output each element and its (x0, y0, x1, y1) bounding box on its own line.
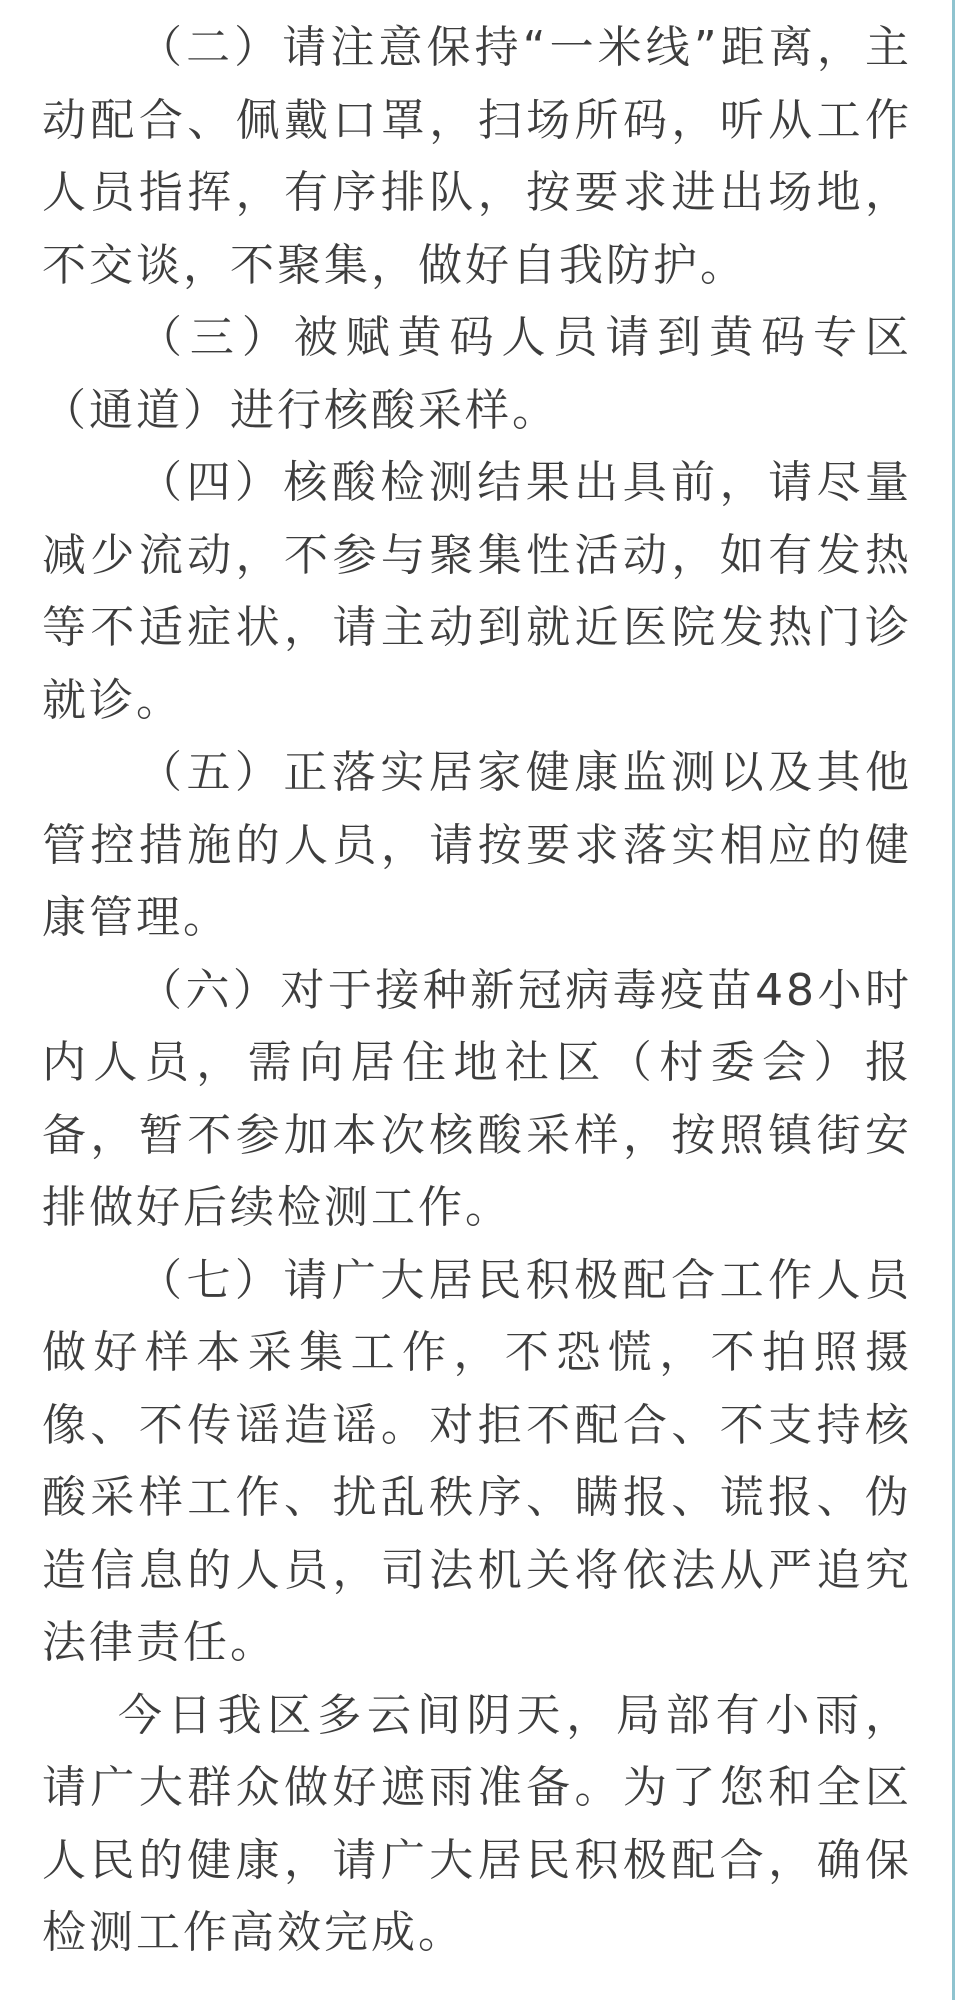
paragraph-item-7: （七）请广大居民积极配合工作人员做好样本采集工作，不恐慌，不拍照摄像、不传谣造谣… (42, 1245, 912, 1680)
paragraph-item-6: （六）对于接种新冠病毒疫苗48小时内人员，需向居住地社区（村委会）报备，暂不参加… (42, 955, 912, 1245)
article-body: （二）请注意保持“一米线”距离，主动配合、佩戴口罩，扫场所码，听从工作人员指挥，… (42, 12, 912, 1970)
paragraph-closing: 今日我区多云间阴天，局部有小雨，请广大群众做好遮雨准备。为了您和全区人民的健康，… (42, 1680, 912, 1970)
paragraph-item-2: （二）请注意保持“一米线”距离，主动配合、佩戴口罩，扫场所码，听从工作人员指挥，… (42, 12, 912, 302)
paragraph-item-4: （四）核酸检测结果出具前，请尽量减少流动，不参与聚集性活动，如有发热等不适症状，… (42, 447, 912, 737)
paragraph-item-3: （三）被赋黄码人员请到黄码专区（通道）进行核酸采样。 (42, 302, 912, 447)
article-page: （二）请注意保持“一米线”距离，主动配合、佩戴口罩，扫场所码，听从工作人员指挥，… (0, 0, 955, 2000)
paragraph-item-5: （五）正落实居家健康监测以及其他管控措施的人员，请按要求落实相应的健康管理。 (42, 737, 912, 955)
